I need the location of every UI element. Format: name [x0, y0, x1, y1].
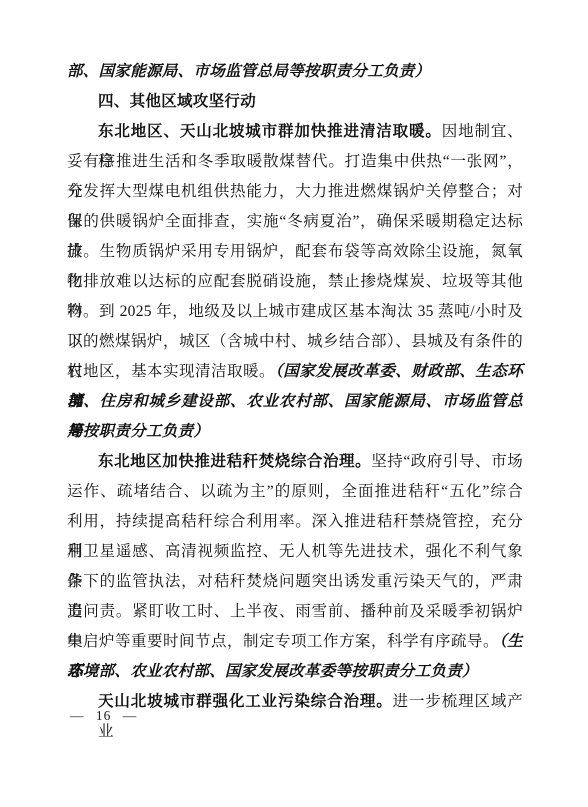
- text-line: 运作、疏堵结合、以疏为主”的原则，全面推进秸秆“五化”综合: [67, 477, 523, 507]
- text-line: 环境部、农业农村部、国家发展改革委等按职责分工负责）: [67, 657, 523, 687]
- text-segment-body: 运作、疏堵结合、以疏为主”的原则，全面推进秸秆“五化”综合: [67, 483, 523, 500]
- text-line: 料。到 2025 年，地级及以上城市建成区基本淘汰 35 蒸吨/小时及以: [67, 297, 523, 327]
- text-line: 物排放难以达标的应配套脱硝设施，禁止掺烧煤炭、垃圾等其他物: [67, 267, 523, 297]
- text-segment-body: 中启炉等重要时间节点，制定专项工作方案，科学有序疏导。: [67, 633, 499, 650]
- text-segment-hei: 东北地区加快推进秸秆焚烧综合治理。: [98, 453, 371, 470]
- text-line: 妥有序推进生活和冬季取暖散煤替代。打造集中供热“一张网”，充: [67, 147, 523, 177]
- text-line: 等按职责分工负责）: [67, 417, 523, 447]
- text-segment-kai: 环境部、农业农村部、国家发展改革委等按职责分工负责）: [67, 663, 478, 680]
- text-segment-hei: 东北地区、天山北坡城市群加快推进清洁取暖。: [98, 123, 442, 140]
- text-segment-body: 村地区，基本实现清洁取暖。: [67, 363, 275, 380]
- text-line: 部、国家能源局、市场监管总局等按职责分工负责）: [67, 57, 523, 87]
- document-page: 部、国家能源局、市场监管总局等按职责分工负责）四、其他区域攻坚行动东北地区、天山…: [0, 0, 588, 807]
- text-line: 东北地区、天山北坡城市群加快推进清洁取暖。因地制宜、稳: [67, 117, 523, 147]
- text-segment-kai: 等按职责分工负责）: [67, 423, 209, 440]
- text-line: 东北地区加快推进秸秆焚烧综合治理。坚持“政府引导、市场: [67, 447, 523, 477]
- text-line: 中启炉等重要时间节点，制定专项工作方案，科学有序疏导。（生态: [67, 627, 523, 657]
- text-segment-hei: 天山北坡城市群强化工业污染综合治理。: [98, 693, 393, 710]
- text-segment-body: 坚持“政府引导、市场: [371, 453, 523, 470]
- text-line: 放。生物质锅炉采用专用锅炉，配套布袋等高效除尘设施，氮氧化: [67, 237, 523, 267]
- text-line: 分发挥大型煤电机组供热能力，大力推进燃煤锅炉关停整合；对保: [67, 177, 523, 207]
- text-segment-hei: 四、其他区域攻坚行动: [98, 93, 256, 110]
- text-line: 四、其他区域攻坚行动: [67, 87, 523, 117]
- text-line: 责问责。紧盯收工时、上半夜、雨雪前、播种前及采暖季初锅炉集: [67, 597, 523, 627]
- text-line: 村地区，基本实现清洁取暖。（国家发展改革委、财政部、生态环境: [67, 357, 523, 387]
- text-line: 用卫星遥感、高清视频监控、无人机等先进技术，强化不利气象条: [67, 537, 523, 567]
- page-number: — 16 —: [70, 706, 137, 726]
- text-segment-kai: 部、国家能源局、市场监管总局等按职责分工负责）: [67, 63, 430, 80]
- text-line: 部、住房和城乡建设部、农业农村部、国家能源局、市场监管总局: [67, 387, 523, 417]
- text-line: 留的供暖锅炉全面排查，实施“冬病夏治”，确保采暖期稳定达标排: [67, 207, 523, 237]
- document-body: 部、国家能源局、市场监管总局等按职责分工负责）四、其他区域攻坚行动东北地区、天山…: [67, 57, 523, 717]
- text-line: 件下的监管执法，对秸秆焚烧问题突出诱发重污染天气的，严肃追: [67, 567, 523, 597]
- text-line: 利用，持续提高秸秆综合利用率。深入推进秸秆禁烧管控，充分利: [67, 507, 523, 537]
- text-line: 下的燃煤锅炉，城区（含城中村、城乡结合部）、县城及有条件的农: [67, 327, 523, 357]
